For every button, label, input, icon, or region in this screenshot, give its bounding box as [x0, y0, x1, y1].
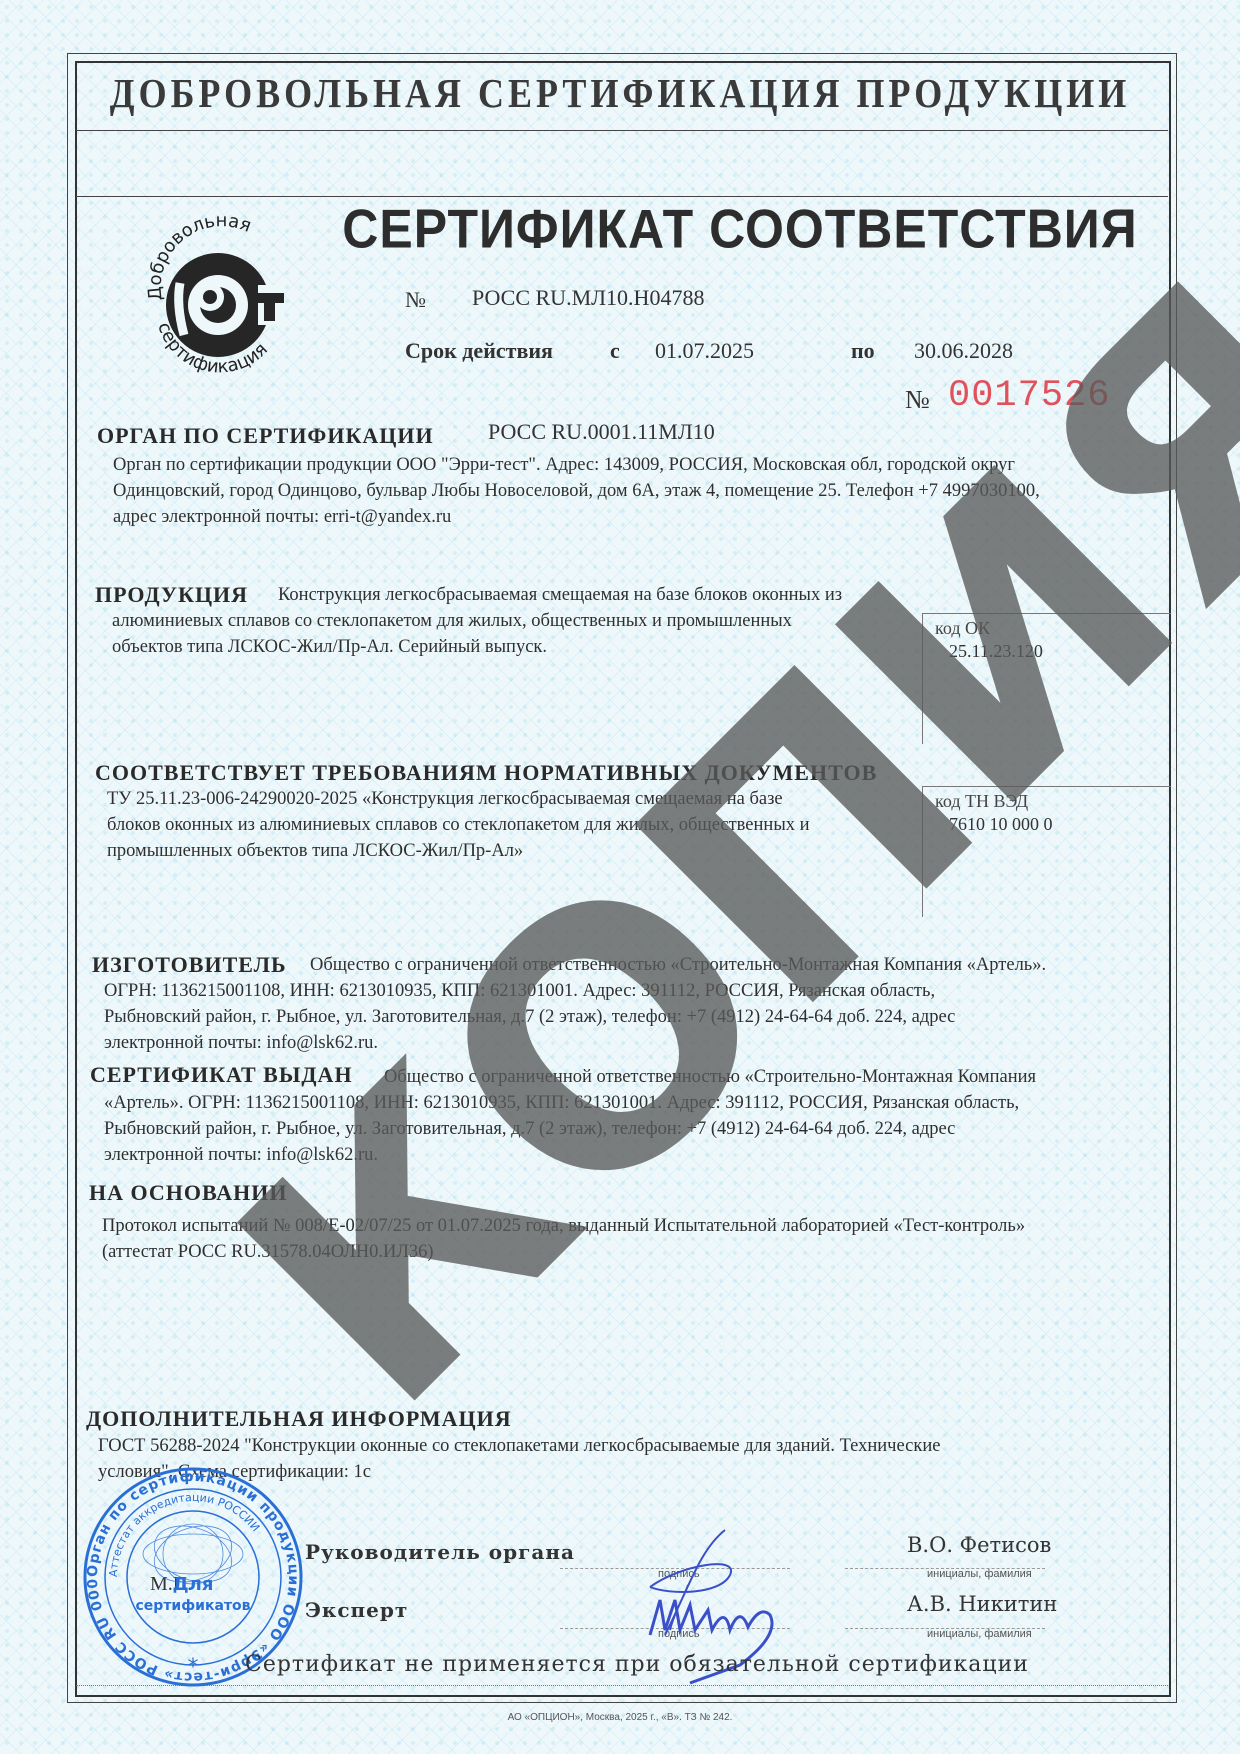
head-name: В.О. Фетисов	[907, 1533, 1051, 1557]
ok-code-value: 25.11.23.120	[923, 639, 1171, 662]
additional-info-title: ДОПОЛНИТЕЛЬНАЯ ИНФОРМАЦИЯ	[86, 1406, 512, 1432]
product-code-box: код ОК 25.11.23.120	[922, 613, 1171, 744]
product-details: алюминиевых сплавов со стеклопакетом для…	[112, 608, 792, 660]
svg-text:*: *	[188, 1655, 199, 1680]
issued-to-title: СЕРТИФИКАТ ВЫДАН	[90, 1062, 353, 1088]
validity-to-label: по	[851, 338, 875, 364]
footer-note: Сертификат не применяется при обязательн…	[245, 1652, 1029, 1677]
head-of-body-label: Руководитель органа	[305, 1540, 575, 1564]
head-name-caption: инициалы, фамилия	[927, 1568, 1032, 1580]
manufacturer-details: ОГРН: 1136215001108, ИНН: 6213010935, КП…	[104, 978, 955, 1056]
manufacturer-title: ИЗГОТОВИТЕЛЬ	[92, 952, 287, 978]
certification-body-details: Орган по сертификации продукции ООО "Эрр…	[113, 452, 1040, 530]
blank-number-label: №	[905, 385, 930, 415]
manufacturer-line-1: Общество с ограниченной ответственностью…	[310, 952, 1046, 978]
basis-title: НА ОСНОВАНИИ	[89, 1180, 288, 1206]
validity-to-date: 30.06.2028	[914, 338, 1013, 364]
compliance-title: СООТВЕТСТВУЕТ ТРЕБОВАНИЯМ НОРМАТИВНЫХ ДО…	[95, 760, 877, 786]
blank-serial-number: 0017526	[948, 375, 1110, 417]
certification-body-code: РОСС RU.0001.11МЛ10	[488, 419, 715, 445]
ok-code-label: код ОК	[923, 614, 1171, 639]
header-divider	[76, 130, 1168, 131]
svg-text:Для: Для	[173, 1574, 214, 1595]
tnved-code-label: код ТН ВЭД	[923, 787, 1171, 812]
expert-name: А.В. Никитин	[907, 1592, 1057, 1616]
validity-label: Срок действия	[405, 338, 553, 364]
certificate-title: СЕРТИФИКАТ СООТВЕТСТВИЯ	[340, 197, 1140, 261]
registration-number: РОСС RU.МЛ10.Н04788	[472, 285, 704, 311]
validity-from-label: с	[610, 338, 620, 364]
expert-label: Эксперт	[305, 1598, 408, 1622]
tnved-code-box: код ТН ВЭД 7610 10 000 0	[922, 786, 1171, 917]
issued-to-details: «Артель». ОГРН: 1136215001108, ИНН: 6213…	[104, 1090, 1019, 1168]
compliance-details: ТУ 25.11.23-006-24290020-2025 «Конструкц…	[107, 786, 810, 864]
svg-text:сертификатов: сертификатов	[136, 1598, 251, 1614]
basis-details: Протокол испытаний № 008/Е-02/07/25 от 0…	[102, 1213, 1025, 1265]
printer-info: АО «ОПЦИОН», Москва, 2025 г., «В». ТЗ № …	[0, 1712, 1240, 1723]
product-line-1: Конструкция легкосбрасываемая смещаемая …	[278, 582, 842, 608]
issued-to-line-1: Общество с ограниченной ответственностью…	[384, 1064, 1036, 1090]
product-title: ПРОДУКЦИЯ	[95, 582, 248, 608]
top-title: ДОБРОВОЛЬНАЯ СЕРТИФИКАЦИЯ ПРОДУКЦИИ	[90, 69, 1150, 117]
expert-name-caption: инициалы, фамилия	[927, 1628, 1032, 1640]
validity-from-date: 01.07.2025	[655, 338, 754, 364]
tnved-code-value: 7610 10 000 0	[923, 812, 1171, 835]
certification-body-title: ОРГАН ПО СЕРТИФИКАЦИИ	[97, 423, 434, 449]
registration-number-label: №	[405, 287, 426, 313]
rst-logo-icon: Добровольная сертификация	[140, 205, 300, 375]
